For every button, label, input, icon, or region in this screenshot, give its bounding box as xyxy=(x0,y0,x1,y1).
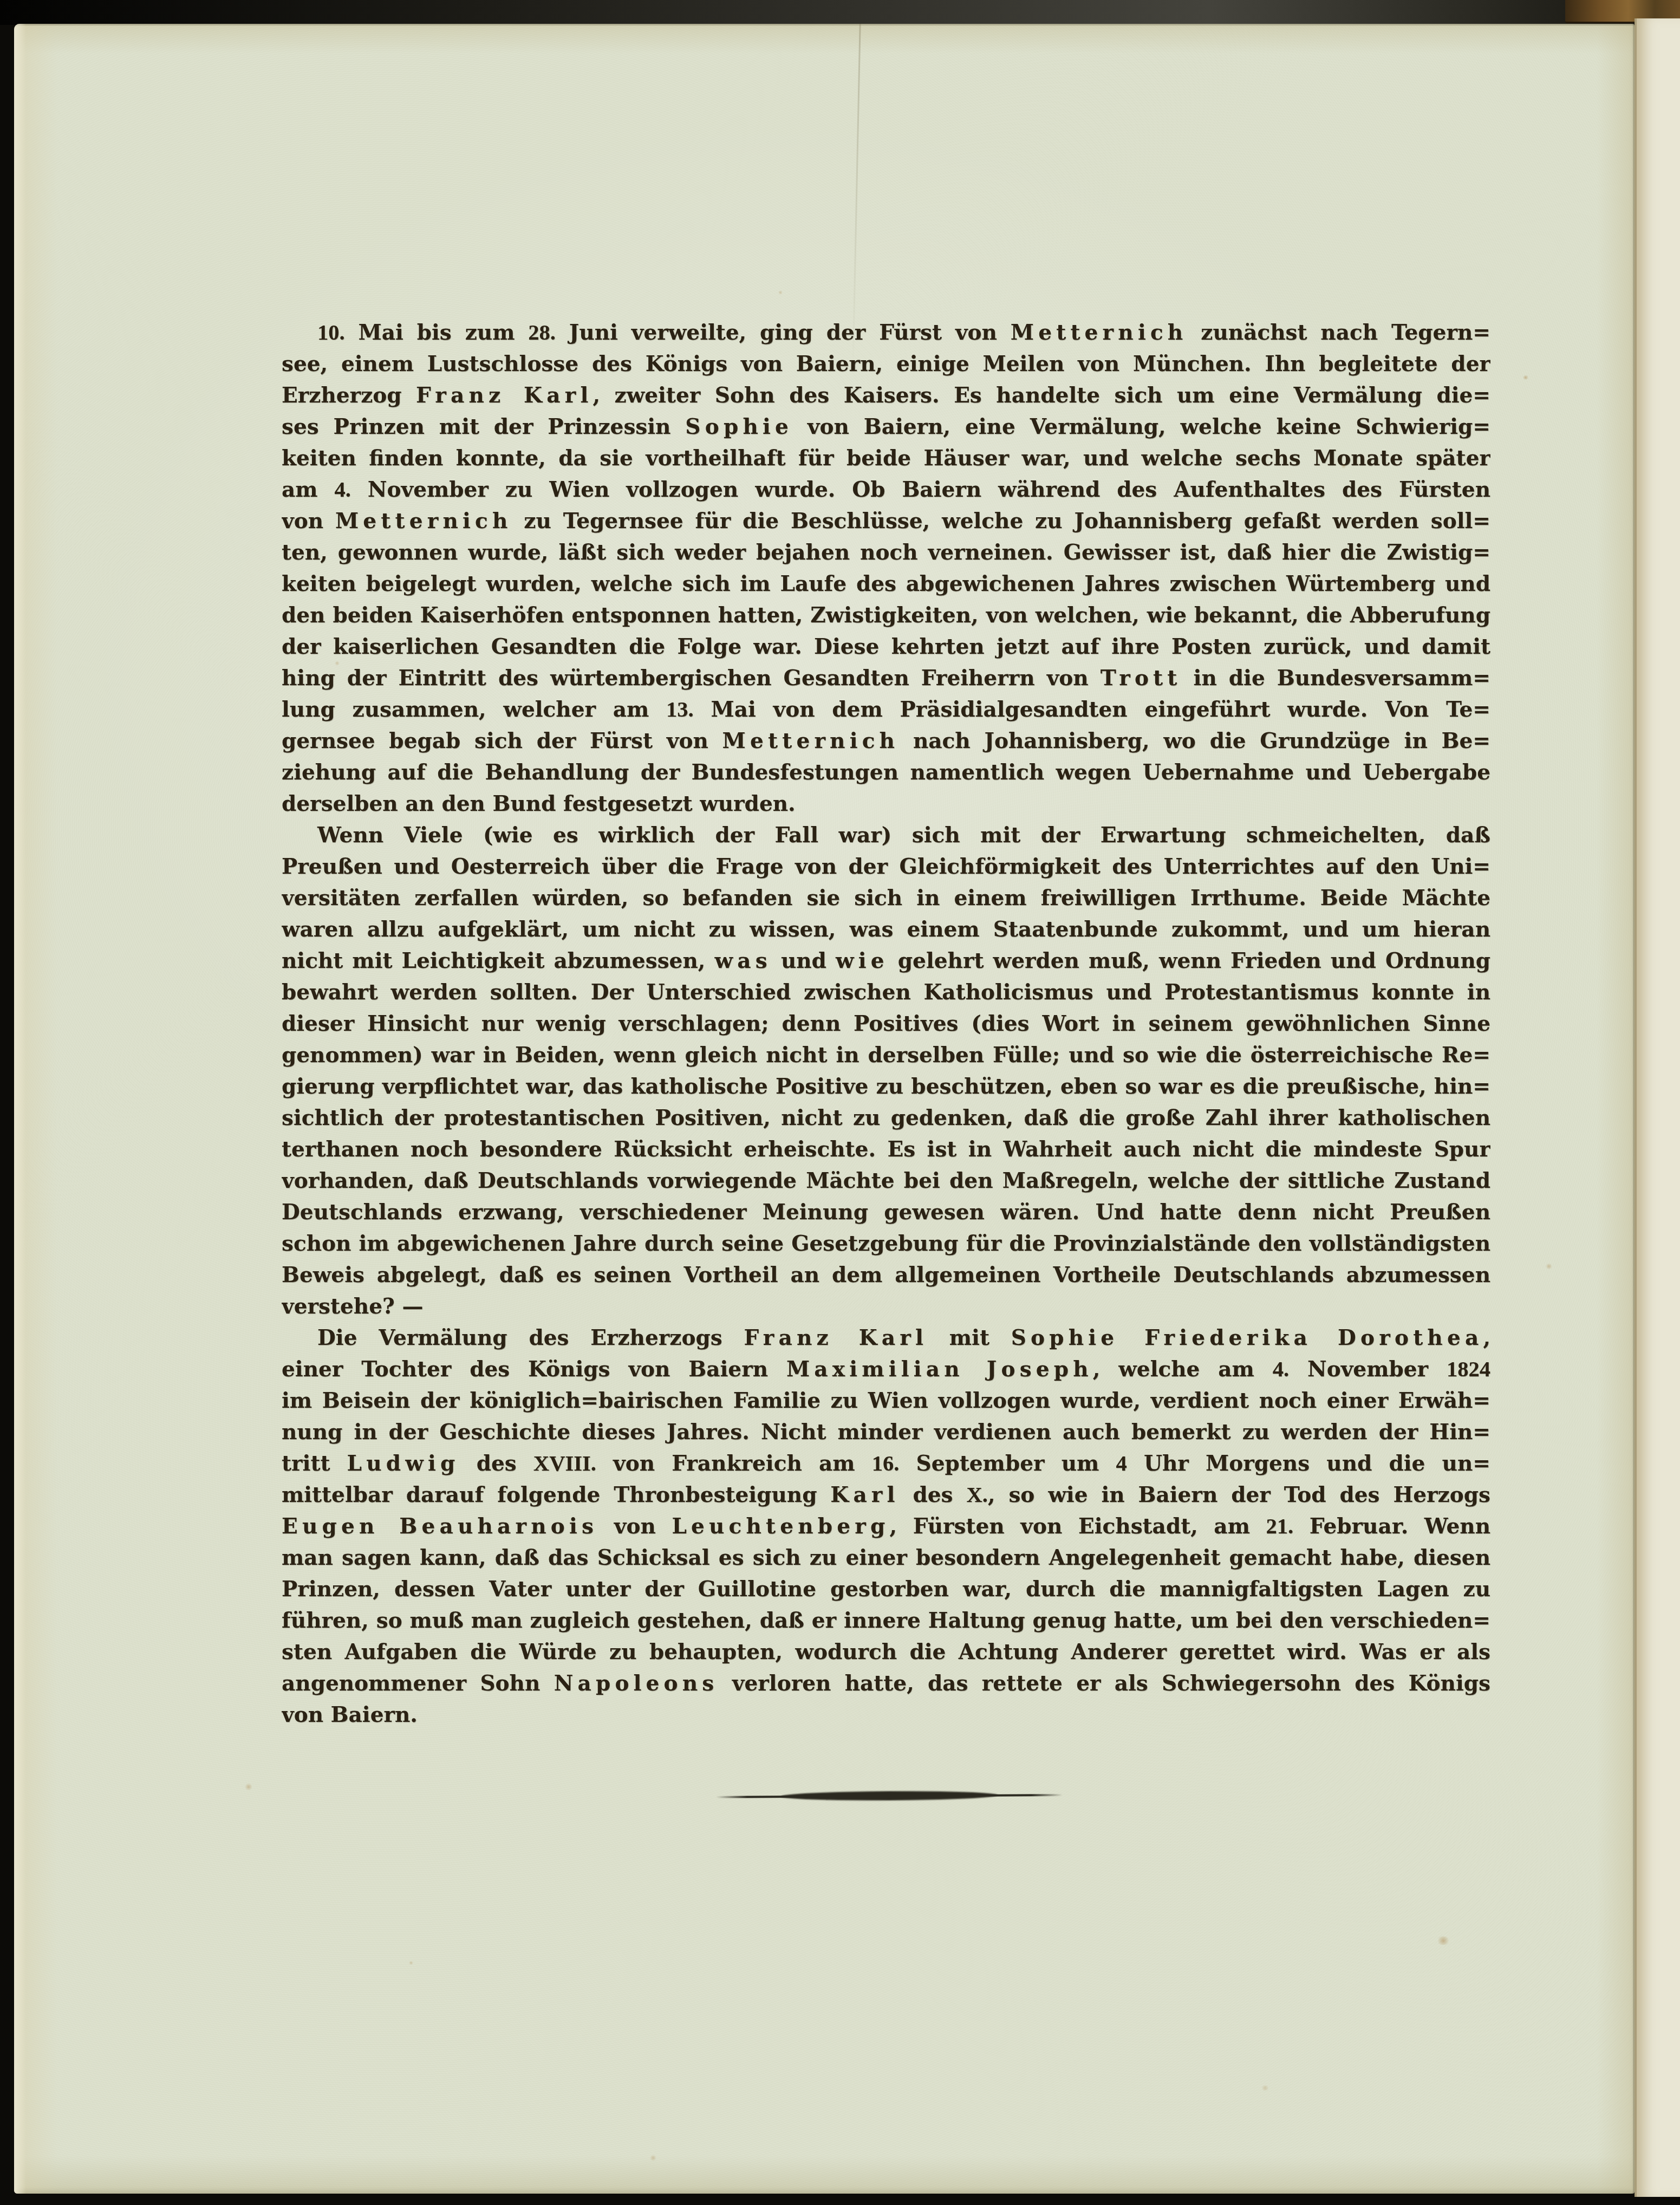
fraktur-text: bewahrt werden sollten. Der Unterschied … xyxy=(282,980,1490,1005)
letterspaced-name: Sophie xyxy=(685,414,793,439)
section-divider xyxy=(716,1790,1063,1803)
fraktur-text: verloren hatte, das rettete er als Schwi… xyxy=(719,1671,1490,1696)
fraktur-text: Uhr Morgens und die un= xyxy=(1127,1451,1490,1476)
text-line: 10. Mai bis zum 28. Juni verweilte, ging… xyxy=(282,317,1490,348)
fraktur-text: ses Prinzen mit der Prinzessin xyxy=(282,414,685,439)
fraktur-text: November zu Wien vollzogen wurde. Ob Bai… xyxy=(351,477,1490,502)
bold-antiqua-text: 28. xyxy=(528,320,556,344)
letterspaced-name: Sophie Friederika Dorothea xyxy=(1011,1325,1483,1350)
text-line: im Beisein der königlich=bairischen Fami… xyxy=(282,1385,1490,1416)
fraktur-text: sichtlich der protestantischen Positiven… xyxy=(282,1105,1490,1134)
fraktur-text: von Baiern, eine Vermälung, welche keine… xyxy=(793,414,1490,439)
letterspaced-name: Trott xyxy=(1101,666,1182,691)
letterspaced-name: Leuchtenberg xyxy=(672,1514,889,1539)
fraktur-text: und xyxy=(772,948,836,973)
fraktur-text: nung in der Geschichte dieses Jahres. Ni… xyxy=(282,1420,1490,1445)
fraktur-text: versitäten zerfallen würden, so befanden… xyxy=(282,886,1490,910)
text-line: gernsee begab sich der Fürst von Mettern… xyxy=(282,725,1490,757)
fraktur-text: in die Bundesversamm= xyxy=(1182,666,1490,691)
foxing-spot xyxy=(1261,2085,1269,2091)
bold-antiqua-text: 4. xyxy=(1273,1357,1289,1381)
adjacent-page-edge xyxy=(1635,18,1680,2197)
foxing-spot xyxy=(1341,464,1346,469)
fraktur-text: des xyxy=(900,1482,967,1507)
paragraph: 10. Mai bis zum 28. Juni verweilte, ging… xyxy=(282,317,1490,819)
text-line: man sagen kann, daß das Schicksal es sic… xyxy=(282,1542,1490,1573)
foxing-spot xyxy=(1546,1263,1552,1270)
text-line: führen, so muß man zugleich gestehen, da… xyxy=(282,1605,1490,1636)
fraktur-text: Wenn Viele (wie es wirklich der Fall war… xyxy=(317,823,1490,848)
text-line: Eugen Beauharnois von Leuchtenberg, Fürs… xyxy=(282,1511,1490,1542)
divider-bulge xyxy=(781,1791,998,1801)
letterspaced-name: Franz Karl xyxy=(416,383,592,408)
fraktur-text: von xyxy=(282,509,335,534)
text-line: nung in der Geschichte dieses Jahres. Ni… xyxy=(282,1416,1490,1448)
text-line: terthanen noch besondere Rücksicht erhei… xyxy=(282,1134,1490,1165)
fraktur-text: vorhanden, daß Deutschlands vorwiegende … xyxy=(282,1168,1490,1193)
text-line: ziehung auf die Behandlung der Bundesfes… xyxy=(282,757,1490,788)
letterspaced-name: Ludwig xyxy=(347,1451,460,1476)
letterspaced-name: Eugen Beauharnois xyxy=(282,1514,598,1539)
fraktur-text: keiten finden konnte, da sie vortheilhaf… xyxy=(282,446,1490,471)
foxing-spot xyxy=(335,661,340,666)
text-line: versitäten zerfallen würden, so befanden… xyxy=(282,882,1490,914)
text-line: gierung verpflichtet war, das katholisch… xyxy=(282,1071,1490,1102)
paragraph: Wenn Viele (wie es wirklich der Fall war… xyxy=(282,819,1490,1322)
fraktur-text: gelehrt werden muß, wenn Frieden und Ord… xyxy=(889,948,1490,973)
bold-antiqua-text: X. xyxy=(966,1482,987,1507)
text-line: mittelbar darauf folgende Thronbesteigun… xyxy=(282,1479,1490,1511)
fraktur-text: Die Vermälung des Erzherzogs xyxy=(317,1325,744,1350)
text-line: von Metternich zu Tegernsee für die Besc… xyxy=(282,505,1490,537)
text-line: angenommener Sohn Napoleons verloren hat… xyxy=(282,1668,1490,1699)
fraktur-text: der kaiserlichen Gesandten die Folge war… xyxy=(282,634,1490,659)
fraktur-text: lung zusammen, welcher am xyxy=(282,697,666,722)
fraktur-text: derselben an den Bund festgesetzt wurden… xyxy=(282,791,796,816)
fraktur-text: ziehung auf die Behandlung der Bundesfes… xyxy=(282,760,1490,785)
page-sheet: 10. Mai bis zum 28. Juni verweilte, ging… xyxy=(14,24,1635,2194)
fraktur-text: Februar. Wenn xyxy=(1293,1514,1490,1539)
bold-antiqua-text: 16. xyxy=(872,1451,900,1475)
text-line: der kaiserlichen Gesandten die Folge war… xyxy=(282,631,1490,662)
fraktur-text: Erzherzog xyxy=(282,383,416,408)
letterspaced-name: was xyxy=(714,948,771,973)
text-line: Preußen und Oesterreich über die Frage v… xyxy=(282,851,1490,882)
text-line: see, einem Lustschlosse des Königs von B… xyxy=(282,348,1490,380)
fraktur-text: Prinzen, dessen Vater unter der Guilloti… xyxy=(282,1577,1490,1602)
text-line: schon im abgewichenen Jahre durch seine … xyxy=(282,1228,1490,1259)
bold-antiqua-text: 13. xyxy=(666,697,694,721)
text-line: tritt Ludwig des XVIII. von Frankreich a… xyxy=(282,1448,1490,1479)
bold-antiqua-text: 1824 xyxy=(1447,1357,1490,1381)
text-line: den beiden Kaiserhöfen entsponnen hatten… xyxy=(282,600,1490,631)
text-line: Beweis abgelegt, daß es seinen Vortheil … xyxy=(282,1259,1490,1291)
fraktur-text: , welche am xyxy=(1093,1357,1273,1382)
fraktur-text: des xyxy=(459,1451,533,1476)
foxing-spot xyxy=(409,1961,413,1965)
fraktur-text: mittelbar darauf folgende Thronbesteigun… xyxy=(282,1482,830,1507)
text-line: lung zusammen, welcher am 13. Mai von de… xyxy=(282,694,1490,725)
fraktur-text: am xyxy=(282,477,334,502)
letterspaced-name: Franz Karl xyxy=(744,1325,928,1350)
fraktur-text: waren allzu aufgeklärt, um nicht zu wiss… xyxy=(282,917,1490,942)
fraktur-text: man sagen kann, daß das Schicksal es sic… xyxy=(282,1545,1490,1570)
fraktur-text: sten Aufgaben die Würde zu behaupten, wo… xyxy=(282,1640,1490,1664)
fraktur-text: see, einem Lustschlosse des Königs von B… xyxy=(282,352,1490,376)
fraktur-text: , zweiter Sohn des Kaisers. Es handelte … xyxy=(592,383,1490,408)
text-line: Prinzen, dessen Vater unter der Guilloti… xyxy=(282,1573,1490,1605)
text-line: derselben an den Bund festgesetzt wurden… xyxy=(282,788,1490,819)
fraktur-text: einer Tochter des Königs von Baiern xyxy=(282,1357,786,1382)
text-line: waren allzu aufgeklärt, um nicht zu wiss… xyxy=(282,914,1490,945)
text-line: einer Tochter des Königs von Baiern Maxi… xyxy=(282,1354,1490,1385)
fraktur-text: nach Johannisberg, wo die Grundzüge in B… xyxy=(899,729,1490,753)
fraktur-text: führen, so muß man zugleich gestehen, da… xyxy=(282,1608,1490,1633)
text-line: keiten finden konnte, da sie vortheilhaf… xyxy=(282,443,1490,474)
letterspaced-name: Metternich xyxy=(335,509,512,534)
page-fore-edge xyxy=(14,24,26,2194)
text-line: Die Vermälung des Erzherzogs Franz Karl … xyxy=(282,1322,1490,1354)
text-line: bewahrt werden sollten. Der Unterschied … xyxy=(282,977,1490,1008)
text-line: vorhanden, daß Deutschlands vorwiegende … xyxy=(282,1165,1490,1196)
fraktur-text: Preußen und Oesterreich über die Frage v… xyxy=(282,854,1490,879)
fraktur-text: November xyxy=(1289,1357,1447,1382)
fraktur-text: von Frankreich am xyxy=(596,1451,872,1476)
fraktur-text: tritt xyxy=(282,1451,347,1476)
fraktur-text: Mai von dem Präsidialgesandten eingeführ… xyxy=(694,697,1490,722)
bold-antiqua-text: 4. xyxy=(334,477,350,502)
fraktur-text: dieser Hinsicht nur wenig verschlagen; d… xyxy=(282,1011,1490,1036)
fraktur-text: , so wie in Baiern der Tod des Herzogs xyxy=(988,1482,1490,1507)
fraktur-text: terthanen noch besondere Rücksicht erhei… xyxy=(282,1137,1490,1162)
text-line: ten, gewonnen wurde, läßt sich weder bej… xyxy=(282,537,1490,568)
fraktur-text: , Fürsten von Eichstadt, am xyxy=(889,1514,1266,1539)
text-line: ses Prinzen mit der Prinzessin Sophie vo… xyxy=(282,411,1490,443)
fraktur-text: verstehe? — xyxy=(282,1294,423,1319)
text-line: Erzherzog Franz Karl, zweiter Sohn des K… xyxy=(282,380,1490,411)
fraktur-text: von xyxy=(598,1514,672,1539)
fraktur-text: gernsee begab sich der Fürst von xyxy=(282,729,722,753)
text-line: am 4. November zu Wien vollzogen wurde. … xyxy=(282,474,1490,505)
text-line: von Baiern. xyxy=(282,1699,1490,1731)
paragraph: Die Vermälung des Erzherzogs Franz Karl … xyxy=(282,1322,1490,1731)
text-line: genommen) war in Beiden, wenn gleich nic… xyxy=(282,1039,1490,1071)
fraktur-text: keiten beigelegt wurden, welche sich im … xyxy=(282,571,1490,596)
bold-antiqua-text: 21. xyxy=(1266,1514,1294,1538)
text-line: sichtlich der protestantischen Positiven… xyxy=(282,1102,1490,1134)
fraktur-text: Beweis abgelegt, daß es seinen Vortheil … xyxy=(282,1263,1490,1287)
fraktur-text: Mai bis zum xyxy=(345,320,529,345)
letterspaced-name: Metternich xyxy=(1011,320,1188,345)
foxing-spot xyxy=(650,2155,656,2161)
fraktur-text: nicht mit Leichtigkeit abzumessen, xyxy=(282,948,714,973)
text-block: 10. Mai bis zum 28. Juni verweilte, ging… xyxy=(282,317,1490,1731)
text-line: hing der Eintritt des würtembergischen G… xyxy=(282,662,1490,694)
text-line: verstehe? — xyxy=(282,1291,1490,1322)
fraktur-text: schon im abgewichenen Jahre durch seine … xyxy=(282,1231,1490,1256)
text-line: dieser Hinsicht nur wenig verschlagen; d… xyxy=(282,1008,1490,1039)
fraktur-text: genommen) war in Beiden, wenn gleich nic… xyxy=(282,1043,1490,1068)
text-line: keiten beigelegt wurden, welche sich im … xyxy=(282,568,1490,600)
fraktur-text: , xyxy=(1483,1325,1490,1350)
letterspaced-name: wie xyxy=(836,948,889,973)
fraktur-text: von Baiern. xyxy=(282,1702,418,1727)
letterspaced-name: Napoleons xyxy=(554,1671,719,1696)
fraktur-text: angenommener Sohn xyxy=(282,1671,554,1696)
foxing-spot xyxy=(1436,1936,1450,1945)
text-line: nicht mit Leichtigkeit abzumessen, was u… xyxy=(282,945,1490,977)
fraktur-text: mit xyxy=(928,1325,1011,1350)
foxing-spot xyxy=(1522,375,1529,380)
bold-antiqua-text: 10. xyxy=(317,320,345,344)
letterspaced-name: Metternich xyxy=(722,729,900,753)
bold-antiqua-text: XVIII. xyxy=(533,1451,596,1475)
foxing-spot xyxy=(778,290,783,295)
fraktur-text: ten, gewonnen wurde, läßt sich weder bej… xyxy=(282,540,1490,565)
fraktur-text: den beiden Kaiserhöfen entsponnen hatten… xyxy=(282,603,1490,628)
bold-antiqua-text: 4 xyxy=(1116,1451,1127,1475)
text-line: sten Aufgaben die Würde zu behaupten, wo… xyxy=(282,1636,1490,1668)
fraktur-text: Deutschlands erzwang, verschiedener Mein… xyxy=(282,1200,1490,1225)
scan-background: 10. Mai bis zum 28. Juni verweilte, ging… xyxy=(0,0,1680,2205)
scanner-bed-shadow xyxy=(0,0,1680,25)
text-line: Deutschlands erzwang, verschiedener Mein… xyxy=(282,1196,1490,1228)
letterspaced-name: Karl xyxy=(830,1482,899,1507)
fraktur-text: gierung verpflichtet war, das katholisch… xyxy=(282,1074,1490,1099)
letterspaced-name: Maximilian Joseph xyxy=(786,1357,1093,1382)
fraktur-text: im Beisein der königlich=bairischen Fami… xyxy=(282,1388,1490,1413)
fraktur-text: zu Tegernsee für die Beschlüsse, welche … xyxy=(512,509,1490,534)
fraktur-text: hing der Eintritt des würtembergischen G… xyxy=(282,666,1101,691)
fraktur-text: zunächst nach Tegern= xyxy=(1187,320,1490,345)
fraktur-text: September um xyxy=(899,1451,1116,1476)
foxing-spot xyxy=(245,1783,252,1791)
fraktur-text: Juni verweilte, ging der Fürst von xyxy=(556,320,1011,345)
text-line: Wenn Viele (wie es wirklich der Fall war… xyxy=(282,819,1490,851)
